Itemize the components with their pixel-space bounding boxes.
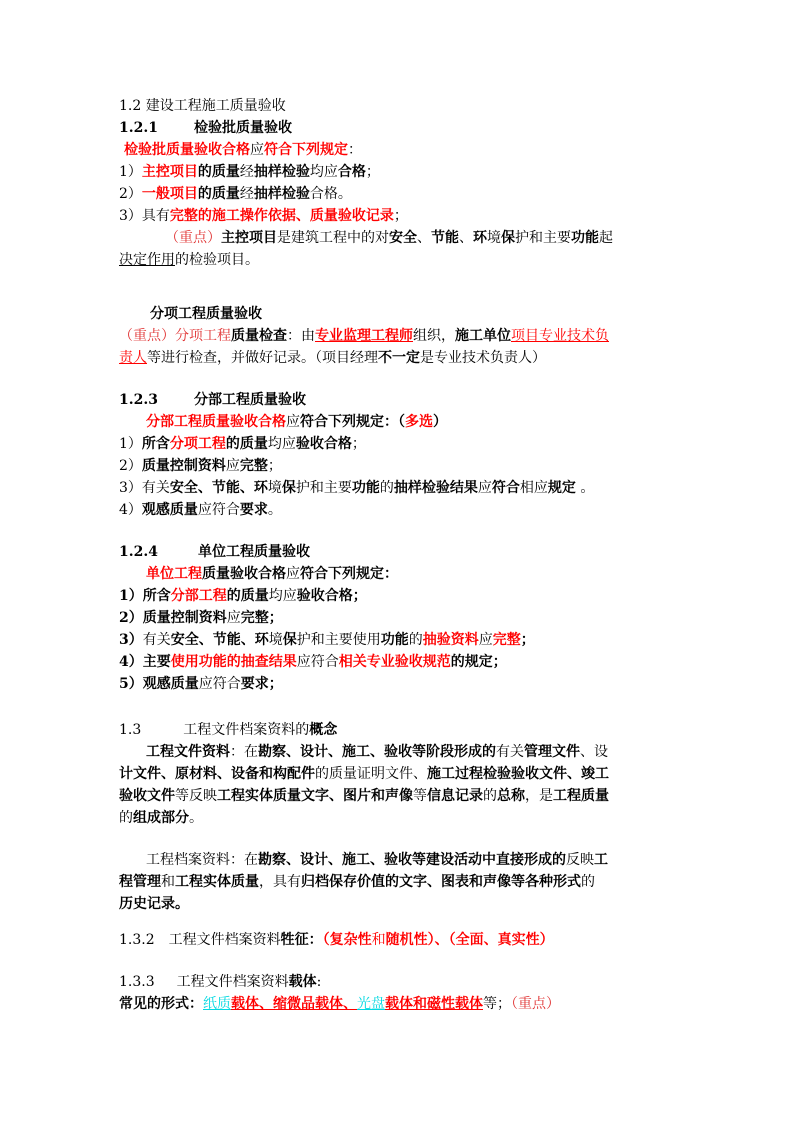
section-heading-1-3-3: 1.3.3工程文件档案资料载体: [119,972,321,992]
bold-text: 要求； [241,676,283,692]
rule-intro: 分部工程质量验收合格应符合下列规定：（多选） [146,412,447,432]
text: 、 [417,230,431,246]
red-underlined-text: 专业监理工程师 [315,328,413,344]
text: 和 [161,874,175,890]
section-heading-1-2-3: 1.2.3分部工程质量验收 [119,390,306,410]
text: 。 [576,480,594,496]
paragraph-file-data-l2: 计文件、原材料、设备和构配件的质量证明文件、施工过程检验验收文件、竣工 [119,764,609,784]
rule-intro: 单位工程质量验收合格应符合下列规定： [146,564,398,584]
cyan-underlined-text: 纸质 [203,996,231,1012]
list-item-1: 1）所含分部工程的质量均应验收合格； [119,586,367,606]
bold-text: 常见的形式： [119,996,203,1012]
paragraph-archive-data-l2: 程管理和工程实体质量，具有归档保存价值的文字、图表和声像等各种形式的 [119,872,595,892]
section-number: 1.3 [119,722,141,738]
text: 境 [487,230,501,246]
red-text: 主控项目 [142,164,198,180]
red-text: 分项工程 [170,436,226,452]
text: 组织， [413,328,455,344]
red-underlined-text: 载体和磁性载体 [385,996,483,1012]
text: ： [348,142,362,158]
bold-text: 的质量 [198,186,240,202]
text: 相应 [520,480,548,496]
red-text: （复杂性 [323,932,372,948]
list-item-4: 4）主要使用功能的抽查结果应符合相关专业验收规范的规定； [119,652,507,672]
bold-text: 所含 [143,588,171,604]
text: ； [352,436,366,452]
list-item-2: 2）质量控制资料应完整； [119,456,282,476]
section-number: 1.2.1 [119,120,158,136]
bold-text: 所含 [142,436,170,452]
text: ，是 [525,788,553,804]
bold-text: 质量控制资料 [143,610,227,626]
section-heading-1-2-1: 1.2.1检验批质量验收 [119,118,292,138]
text: 。 [268,502,282,518]
text: 2） [119,610,143,626]
bold-text: 程管理 [119,874,161,890]
text: 3）有关 [119,480,170,496]
bold-text: 归档保存价值的文字、图表和声像等各种形式 [301,874,581,890]
bold-text: 功能 [381,632,409,648]
red-underlined-text: 项目专业技术负 [511,328,609,344]
red-text: 分部工程 [171,588,227,604]
text: : [317,974,322,990]
red-text: 分部工程质量验收合格 [146,414,286,430]
text: 应 [479,632,493,648]
text: 工程文件档案资料 [177,974,289,990]
text: 3）具有 [119,208,170,224]
red-text: 完整的施工操作依据、质量验收记录 [170,208,394,224]
text: 是建筑工程中的对 [277,230,389,246]
text: 、 [459,230,473,246]
bold-text: 概念 [309,722,337,738]
section-number: 1.2.3 [119,392,158,408]
red-underlined-text: 载体、缩微品载体、 [231,996,357,1012]
bold-text: 施工过程检验验收文件、竣工 [427,766,609,782]
text: 应符合 [198,502,240,518]
text: 均应 [269,588,297,604]
text: 经 [240,164,254,180]
bold-text: 符合下列规定： [300,566,398,582]
text: 护和主要 [515,230,571,246]
bold-text: 保 [282,480,296,496]
section-heading-1-2-2: 分项工程质量验收 [150,304,262,324]
text: 4）主要 [119,654,171,670]
red-text: 相关专业验收规范 [339,654,451,670]
bold-text: 安全、节能、环 [171,632,269,648]
text: 是专业技术负责人） [420,350,546,366]
text: 的 [483,788,497,804]
section-title: 检验批质量验收 [194,120,292,136]
bold-text: 验收合格； [297,588,367,604]
text: 等； [483,996,511,1012]
bold-text: 工程质量 [553,788,609,804]
bold-text: 合格 [338,164,366,180]
red-text: 一般项目 [142,186,198,202]
text: 应符合 [199,676,241,692]
red-text: 完整 [493,632,521,648]
bold-text: 安全 [389,230,417,246]
red-text: 和 [372,932,386,948]
text: 1） [119,164,142,180]
text: ：在 [230,744,258,760]
red-underlined-text: 责人 [119,350,147,366]
bold-text: 质量控制资料 [142,458,226,474]
bold-text: 工 [594,852,608,868]
text: 均应 [268,436,296,452]
bold-text: 功能 [571,230,599,246]
list-item-2: 2）一般项目的质量经抽样检验合格。 [119,184,352,204]
bold-text: 安全、节能、环 [170,480,268,496]
heading-text: 1.2 建设工程施工质量验收 [119,98,286,114]
section-title: 分部工程质量验收 [194,392,306,408]
paragraph-archive-data: 工程档案资料：在勘察、设计、施工、验收等建设活动中直接形成的反映工 [146,850,608,870]
red-text: 随机性）、（全面、真实性） [386,932,554,948]
section-heading-1-3: 1.3工程文件档案资料的概念 [119,720,337,740]
bold-text: 节能 [431,230,459,246]
text: 应 [286,414,300,430]
section-heading-1-3-2: 1.3.2工程文件档案资料牲征：（复杂性和随机性）、（全面、真实性） [119,930,554,950]
bold-text: 计文件、原材料、设备和构配件 [119,766,315,782]
text: ，具有 [259,874,301,890]
bold-text: 勘察、设计、施工、验收等建设活动中直接形成的 [258,852,566,868]
section-heading-1-2: 1.2 建设工程施工质量验收 [119,96,286,116]
text: 应 [226,458,240,474]
key-point-tag: （重点） [165,230,221,246]
text: 反映 [566,852,594,868]
section-number: 1.3.2 [119,932,155,948]
key-note: （重点）主控项目是建筑工程中的对安全、节能、环境保护和主要功能起 [165,228,613,248]
text: 的 [119,810,133,826]
text: 2） [119,458,142,474]
underlined-text: 决定作用 [119,252,175,268]
bold-text: 符合下列规定：（ [300,414,405,430]
bold-text: 的质量 [226,436,268,452]
carrier-forms: 常见的形式：纸质载体、缩微品载体、光盘载体和磁性载体等；（重点） [119,994,560,1014]
text: 的 [380,480,394,496]
text: ； [394,208,408,224]
bold-text: 验收文件 [119,788,175,804]
list-item-5: 5）观感质量应符合要求； [119,674,283,694]
bold-text: 勘察、设计、施工、验收等阶段形成的 [258,744,496,760]
rule-intro: 检验批质量验收合格应符合下列规定： [124,140,362,160]
bold-text: 牲征： [281,932,323,948]
paragraph-file-data-l3: 验收文件等反映工程实体质量文字、图片和声像等信息记录的总称，是工程质量 [119,786,609,806]
text: 1） [119,436,142,452]
text: 3） [119,632,143,648]
bold-text: 抽样检验 [254,186,310,202]
paragraph-archive-data-l3: 历史记录。 [119,894,189,914]
red-text: 使用功能的抽查结果 [171,654,297,670]
bold-text: 信息记录 [427,788,483,804]
key-point-tag: （重点） [511,996,560,1012]
text: 境 [269,632,283,648]
section-number: 1.3.3 [119,974,155,990]
cyan-underlined-text: 光盘 [357,996,385,1012]
bold-text: 观感质量 [142,502,198,518]
key-point-tag: （重点）分项工程 [119,328,231,344]
bold-text: 功能 [352,480,380,496]
paragraph-quality-check: （重点）分项工程质量检查：由专业监理工程师组织，施工单位项目专业技术负 [119,326,609,346]
text: 的质量证明文件、 [315,766,427,782]
text: 应 [227,610,241,626]
bold-text: 质量验收合格 [202,566,286,582]
text: 合格。 [310,186,352,202]
text: 的 [581,874,595,890]
text: 护和主要使用 [297,632,381,648]
bold-text: 保 [501,230,515,246]
red-text: 单位工程 [146,566,202,582]
text: 4） [119,502,142,518]
bold-text: 管理文件 [524,744,580,760]
section-title: 单位工程质量验收 [198,544,310,560]
bold-text: 观感质量 [143,676,199,692]
text: 等 [413,788,427,804]
text: 经 [240,186,254,202]
list-item-1: 1）主控项目的质量经抽样检验均应合格； [119,162,380,182]
paragraph-file-data: 工程文件资料：在勘察、设计、施工、验收等阶段形成的有关管理文件、设 [146,742,608,762]
red-text: 抽验资料 [423,632,479,648]
bold-text: 的质量 [227,588,269,604]
red-text: 多选 [405,414,433,430]
text: 工程文件档案资料的 [183,722,309,738]
list-item-1: 1）所含分项工程的质量均应验收合格； [119,434,366,454]
bold-text: 历史记录。 [119,896,189,912]
section-title: 分项工程质量验收 [150,306,262,322]
text: ：由 [287,328,315,344]
bold-text: 要求 [240,502,268,518]
bold-text: 主控项目 [221,230,277,246]
text: ； [366,164,380,180]
text: 等反映 [175,788,217,804]
text: 有关 [496,744,524,760]
bold-text: 规定 [548,480,576,496]
text: 均应 [310,164,338,180]
bold-text: 组成部分 [133,810,189,826]
text: 应 [286,566,300,582]
text: 工程文件档案资料 [169,932,281,948]
bold-text: 完整； [241,610,283,626]
text: 应 [478,480,492,496]
text: 工程档案资料：在 [146,852,258,868]
text: 的检验项目。 [175,252,259,268]
text: 有关 [143,632,171,648]
red-text: 检验批质量验收合格 [124,142,250,158]
section-number: 1.2.4 [119,544,158,560]
section-heading-1-2-4: 1.2.4单位工程质量验收 [119,542,310,562]
text: 护和主要 [296,480,352,496]
text: 的 [409,632,423,648]
bold-text: 验收合格 [296,436,352,452]
bold-text: 施工单位 [455,328,511,344]
text: 1） [119,588,143,604]
text: 应 [250,142,264,158]
bold-text: 的质量 [198,164,240,180]
paragraph-quality-check-cont: 责人等进行检查，并做好记录。（项目经理不一定是专业技术负责人） [119,348,546,368]
text: ； [521,632,535,648]
bold-text: 完整 [240,458,268,474]
list-item-3: 3）有关安全、节能、环境保护和主要功能的抽样检验结果应符合相应规定 。 [119,478,594,498]
text: 。 [189,810,203,826]
bold-text: 保 [283,632,297,648]
paragraph-file-data-l4: 的组成部分。 [119,808,203,828]
list-item-4: 4）观感质量应符合要求。 [119,500,282,520]
text: 、设 [580,744,608,760]
key-note-cont: 决定作用的检验项目。 [119,250,259,270]
bold-text: 的规定； [451,654,507,670]
bold-text: 工程实体质量文字、图片和声像 [217,788,413,804]
bold-text: 符合 [492,480,520,496]
text: 5） [119,676,143,692]
bold-text: 工程实体质量 [175,874,259,890]
bold-text: ） [433,414,447,430]
text: ； [268,458,282,474]
list-item-3: 3）具有完整的施工操作依据、质量验收记录； [119,206,408,226]
bold-text: 不一定 [378,350,420,366]
bold-text: 抽样检验结果 [394,480,478,496]
bold-text: 工程文件资料 [146,744,230,760]
text: 起 [599,230,613,246]
bold-text: 环 [473,230,487,246]
text: 等进行检查，并做好记录。（项目经理 [147,350,378,366]
text: 应符合 [297,654,339,670]
bold-text: 载体 [289,974,317,990]
list-item-2: 2）质量控制资料应完整； [119,608,283,628]
red-text: 符合下列规定 [264,142,348,158]
bold-text: 质量检查 [231,328,287,344]
list-item-3: 3）有关安全、节能、环境保护和主要使用功能的抽验资料应完整； [119,630,535,650]
text: 2） [119,186,142,202]
bold-text: 抽样检验 [254,164,310,180]
text: 境 [268,480,282,496]
bold-text: 总称 [497,788,525,804]
